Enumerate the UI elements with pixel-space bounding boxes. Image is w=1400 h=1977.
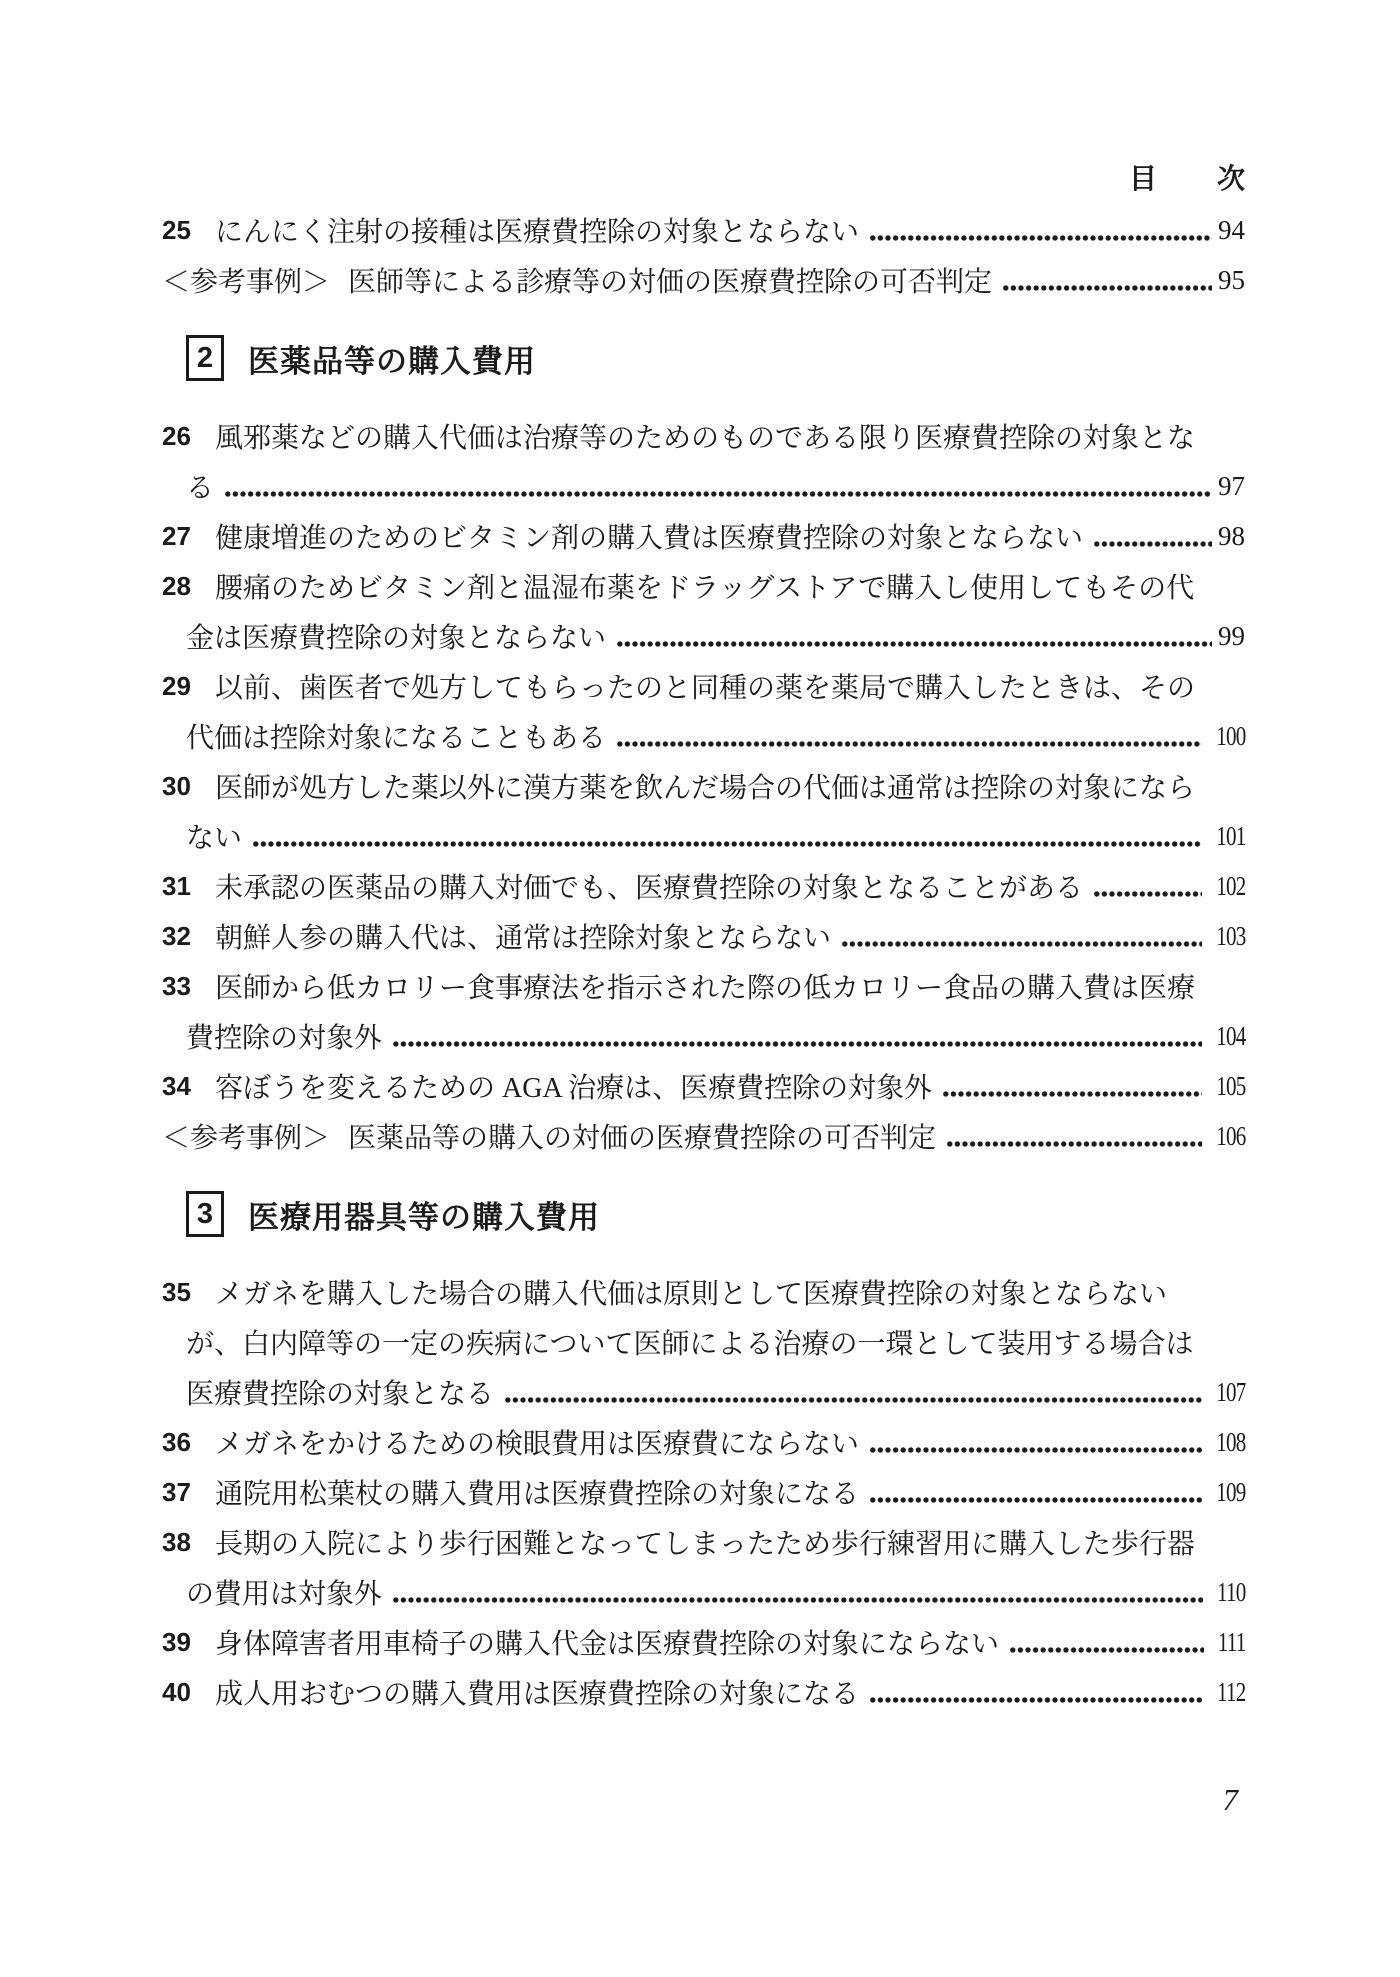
entry-number: 26 — [162, 421, 215, 452]
page-title: 目 次 — [162, 155, 1261, 205]
entry-text: 容ぼうを変えるための AGA 治療は、医療費控除の対象外 — [215, 1066, 932, 1106]
entry-text: 腰痛のためビタミン剤と温湿布薬をドラッグストアで購入し使用してもその代 — [215, 566, 1194, 606]
toc-line: 26風邪薬などの購入代価は治療等のためのものである限り医療費控除の対象とな — [162, 411, 1245, 461]
entry-text: 費控除の対象外 — [186, 1016, 382, 1056]
page-number: 111 — [1217, 1627, 1245, 1658]
toc-entry: 26風邪薬などの購入代価は治療等のためのものである限り医療費控除の対象となる97 — [162, 411, 1245, 511]
section-title: 医薬品等の購入費用 — [248, 336, 536, 381]
dot-leader — [1093, 861, 1201, 911]
toc-line: 33医師から低カロリー食事療法を指示された際の低カロリー食品の購入費は医療 — [162, 961, 1245, 1011]
reference-label: ＜参考事例＞ — [162, 1116, 330, 1156]
entry-text: の費用は対象外 — [186, 1572, 382, 1612]
reference-entry: ＜参考事例＞医薬品等の購入の対価の医療費控除の可否判定106 — [162, 1111, 1245, 1161]
entry-text: 医療費控除の対象となる — [186, 1372, 494, 1412]
entry-text: 金は医療費控除の対象とならない — [186, 616, 606, 656]
toc-entry: 25にんにく注射の接種は医療費控除の対象とならない94 — [162, 205, 1245, 255]
toc-line: 34容ぼうを変えるための AGA 治療は、医療費控除の対象外105 — [162, 1061, 1245, 1111]
entry-number: 29 — [162, 671, 215, 702]
toc-line: 30医師が処方した薬以外に漢方薬を飲んだ場合の代価は通常は控除の対象になら — [162, 761, 1245, 811]
toc-entry: 36メガネをかけるための検眼費用は医療費にならない108 — [162, 1417, 1245, 1467]
entry-text: 朝鮮人参の購入代は、通常は控除対象とならない — [215, 916, 831, 956]
toc-line: 28腰痛のためビタミン剤と温湿布薬をドラッグストアで購入し使用してもその代 — [162, 561, 1245, 611]
entry-text: ない — [186, 816, 242, 856]
toc-entry: 34容ぼうを変えるための AGA 治療は、医療費控除の対象外105 — [162, 1061, 1245, 1111]
dot-leader — [1093, 511, 1212, 561]
reference-label: ＜参考事例＞ — [162, 260, 330, 300]
page-number: 106 — [1216, 1121, 1245, 1152]
toc-entry: 33医師から低カロリー食事療法を指示された際の低カロリー食品の購入費は医療費控除… — [162, 961, 1245, 1061]
entry-text: にんにく注射の接種は医療費控除の対象とならない — [215, 210, 859, 250]
entry-text: 長期の入院により歩行困難となってしまったため歩行練習用に購入した歩行器 — [215, 1522, 1195, 1562]
entry-number: 31 — [162, 871, 215, 902]
dot-leader — [841, 911, 1201, 961]
entry-number: 38 — [162, 1527, 215, 1558]
dot-leader — [392, 1011, 1201, 1061]
toc-entry: 38長期の入院により歩行困難となってしまったため歩行練習用に購入した歩行器の費用… — [162, 1517, 1245, 1617]
entry-text: 風邪薬などの購入代価は治療等のためのものである限り医療費控除の対象とな — [215, 416, 1195, 456]
page-number: 107 — [1216, 1377, 1245, 1408]
toc-line: 29以前、歯医者で処方してもらったのと同種の薬を薬局で購入したときは、その — [162, 661, 1245, 711]
page-number: 112 — [1217, 1677, 1245, 1708]
dot-leader — [224, 461, 1212, 511]
page-number: 109 — [1216, 1477, 1245, 1508]
entry-text: 医師が処方した薬以外に漢方薬を飲んだ場合の代価は通常は控除の対象になら — [215, 766, 1195, 806]
toc-entry: 29以前、歯医者で処方してもらったのと同種の薬を薬局で購入したときは、その代価は… — [162, 661, 1245, 761]
entry-text: 通院用松葉杖の購入費用は医療費控除の対象になる — [215, 1472, 859, 1512]
entry-number: 33 — [162, 971, 215, 1002]
toc-entry: 37通院用松葉杖の購入費用は医療費控除の対象になる109 — [162, 1467, 1245, 1517]
toc-entry: 40成人用おむつの購入費用は医療費控除の対象になる112 — [162, 1667, 1245, 1717]
dot-leader — [616, 711, 1201, 761]
dot-leader — [869, 1417, 1201, 1467]
entry-number: 40 — [162, 1677, 215, 1708]
section-number-box: 3 — [186, 1191, 224, 1237]
section-title: 医療用器具等の購入費用 — [248, 1192, 600, 1237]
toc-line: 39身体障害者用車椅子の購入代金は医療費控除の対象にならない111 — [162, 1617, 1245, 1667]
dot-leader — [252, 811, 1201, 861]
dot-leader — [1002, 255, 1212, 305]
dot-leader — [504, 1367, 1201, 1417]
dot-leader — [946, 1111, 1201, 1161]
reference-entry: ＜参考事例＞医師等による診療等の対価の医療費控除の可否判定95 — [162, 255, 1245, 305]
page-number: 110 — [1217, 1577, 1245, 1608]
page-number: 97 — [1218, 471, 1245, 502]
toc-line: 医療費控除の対象となる107 — [162, 1367, 1245, 1417]
page-number: 103 — [1216, 921, 1245, 952]
entry-text: 医薬品等の購入の対価の医療費控除の可否判定 — [348, 1116, 936, 1156]
toc-entry: 28腰痛のためビタミン剤と温湿布薬をドラッグストアで購入し使用してもその代金は医… — [162, 561, 1245, 661]
toc-line: 36メガネをかけるための検眼費用は医療費にならない108 — [162, 1417, 1245, 1467]
dot-leader — [869, 1667, 1202, 1717]
section-header: 2医薬品等の購入費用 — [186, 333, 1245, 383]
page-number: 98 — [1218, 521, 1245, 552]
toc-entry: 30医師が処方した薬以外に漢方薬を飲んだ場合の代価は通常は控除の対象にならない1… — [162, 761, 1245, 861]
toc-line: ない101 — [162, 811, 1245, 861]
entry-number: 34 — [162, 1071, 215, 1102]
dot-leader — [869, 205, 1212, 255]
entry-text: 身体障害者用車椅子の購入代金は医療費控除の対象にならない — [215, 1622, 999, 1662]
toc-line: 25にんにく注射の接種は医療費控除の対象とならない94 — [162, 205, 1245, 255]
toc-line: 31未承認の医薬品の購入対価でも、医療費控除の対象となることがある102 — [162, 861, 1245, 911]
page-number: 99 — [1218, 621, 1245, 652]
entry-text: メガネを購入した場合の購入代価は原則として医療費控除の対象とならない — [215, 1272, 1167, 1312]
entry-number: 25 — [162, 215, 215, 246]
entry-number: 37 — [162, 1477, 215, 1508]
dot-leader — [869, 1467, 1201, 1517]
section-header: 3医療用器具等の購入費用 — [186, 1189, 1245, 1239]
toc-line: 費控除の対象外104 — [162, 1011, 1245, 1061]
entry-number: 36 — [162, 1427, 215, 1458]
toc-line: 代価は控除対象になることもある100 — [162, 711, 1245, 761]
page-number: 101 — [1216, 821, 1245, 852]
toc-line: 32朝鮮人参の購入代は、通常は控除対象とならない103 — [162, 911, 1245, 961]
page-number-footer: 7 — [1223, 1782, 1239, 1818]
toc-line: ＜参考事例＞医薬品等の購入の対価の医療費控除の可否判定106 — [162, 1111, 1245, 1161]
entry-text: が、白内障等の一定の疾病について医師による治療の一環として装用する場合は — [186, 1322, 1193, 1362]
toc-line: 35メガネを購入した場合の購入代価は原則として医療費控除の対象とならない — [162, 1267, 1245, 1317]
toc-line: が、白内障等の一定の疾病について医師による治療の一環として装用する場合は — [162, 1317, 1245, 1367]
entry-number: 39 — [162, 1627, 215, 1658]
entry-number: 30 — [162, 771, 215, 802]
toc-entry: 27健康増進のためのビタミン剤の購入費は医療費控除の対象とならない98 — [162, 511, 1245, 561]
dot-leader — [942, 1061, 1201, 1111]
toc-line: る97 — [162, 461, 1245, 511]
toc-line: 金は医療費控除の対象とならない99 — [162, 611, 1245, 661]
page-number: 108 — [1216, 1427, 1245, 1458]
dot-leader — [392, 1567, 1202, 1617]
toc-content: 目 次 25にんにく注射の接種は医療費控除の対象とならない94＜参考事例＞医師等… — [0, 0, 1400, 1717]
toc-page: 目 次 25にんにく注射の接種は医療費控除の対象とならない94＜参考事例＞医師等… — [0, 0, 1400, 1977]
toc-entry: 35メガネを購入した場合の購入代価は原則として医療費控除の対象とならないが、白内… — [162, 1267, 1245, 1417]
entry-text: 未承認の医薬品の購入対価でも、医療費控除の対象となることがある — [215, 866, 1083, 906]
entry-text: 健康増進のためのビタミン剤の購入費は医療費控除の対象とならない — [215, 516, 1083, 556]
toc-line: 27健康増進のためのビタミン剤の購入費は医療費控除の対象とならない98 — [162, 511, 1245, 561]
section-number-box: 2 — [186, 335, 224, 381]
page-number: 100 — [1216, 721, 1245, 752]
entry-number: 32 — [162, 921, 215, 952]
page-number: 95 — [1218, 265, 1245, 296]
toc-list: 25にんにく注射の接種は医療費控除の対象とならない94＜参考事例＞医師等による診… — [162, 205, 1245, 1717]
entry-text: メガネをかけるための検眼費用は医療費にならない — [215, 1422, 859, 1462]
page-number: 102 — [1216, 871, 1245, 902]
entry-text: 医師等による診療等の対価の医療費控除の可否判定 — [348, 260, 992, 300]
entry-text: 代価は控除対象になることもある — [186, 716, 606, 756]
dot-leader — [1009, 1617, 1203, 1667]
toc-line: 40成人用おむつの購入費用は医療費控除の対象になる112 — [162, 1667, 1245, 1717]
toc-entry: 39身体障害者用車椅子の購入代金は医療費控除の対象にならない111 — [162, 1617, 1245, 1667]
toc-line: 37通院用松葉杖の購入費用は医療費控除の対象になる109 — [162, 1467, 1245, 1517]
entry-number: 27 — [162, 521, 215, 552]
entry-text: 以前、歯医者で処方してもらったのと同種の薬を薬局で購入したときは、その — [215, 666, 1195, 706]
page-number: 94 — [1218, 215, 1245, 246]
entry-text: 医師から低カロリー食事療法を指示された際の低カロリー食品の購入費は医療 — [215, 966, 1195, 1006]
entry-text: 成人用おむつの購入費用は医療費控除の対象になる — [215, 1672, 859, 1712]
toc-entry: 32朝鮮人参の購入代は、通常は控除対象とならない103 — [162, 911, 1245, 961]
toc-line: の費用は対象外110 — [162, 1567, 1245, 1617]
toc-entry: 31未承認の医薬品の購入対価でも、医療費控除の対象となることがある102 — [162, 861, 1245, 911]
page-number: 105 — [1216, 1071, 1245, 1102]
entry-text: る — [186, 466, 214, 506]
toc-line: ＜参考事例＞医師等による診療等の対価の医療費控除の可否判定95 — [162, 255, 1245, 305]
toc-line: 38長期の入院により歩行困難となってしまったため歩行練習用に購入した歩行器 — [162, 1517, 1245, 1567]
entry-number: 35 — [162, 1277, 215, 1308]
entry-number: 28 — [162, 571, 215, 602]
page-number: 104 — [1216, 1021, 1245, 1052]
dot-leader — [616, 611, 1212, 661]
